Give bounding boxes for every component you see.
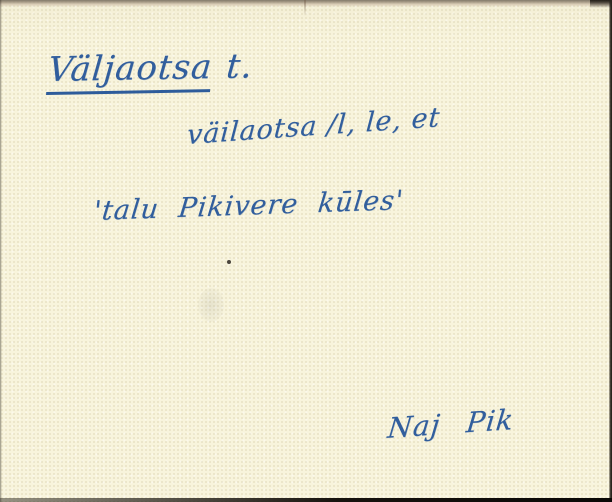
card-signature: Naj Pik xyxy=(386,403,516,445)
scan-bottom-edge xyxy=(0,498,612,502)
card-headword-suffix: t. xyxy=(225,46,255,87)
scanned-index-card: Väljaotsat. väilaotsa /l, le, et 'talu P… xyxy=(0,0,612,502)
scan-left-edge xyxy=(0,0,2,502)
ink-dot-mark xyxy=(227,260,231,264)
card-phonetic-line: väilaotsa /l, le, et xyxy=(186,102,441,151)
scan-top-edge xyxy=(0,0,612,7)
card-headword: Väljaotsa xyxy=(46,47,214,95)
paper-crease xyxy=(304,0,306,16)
card-title-line: Väljaotsat. xyxy=(46,46,255,95)
card-description-line: 'talu Pikivere kūles' xyxy=(92,185,405,227)
scan-top-right-corner-mark xyxy=(590,0,612,8)
faint-smudge xyxy=(198,288,224,322)
